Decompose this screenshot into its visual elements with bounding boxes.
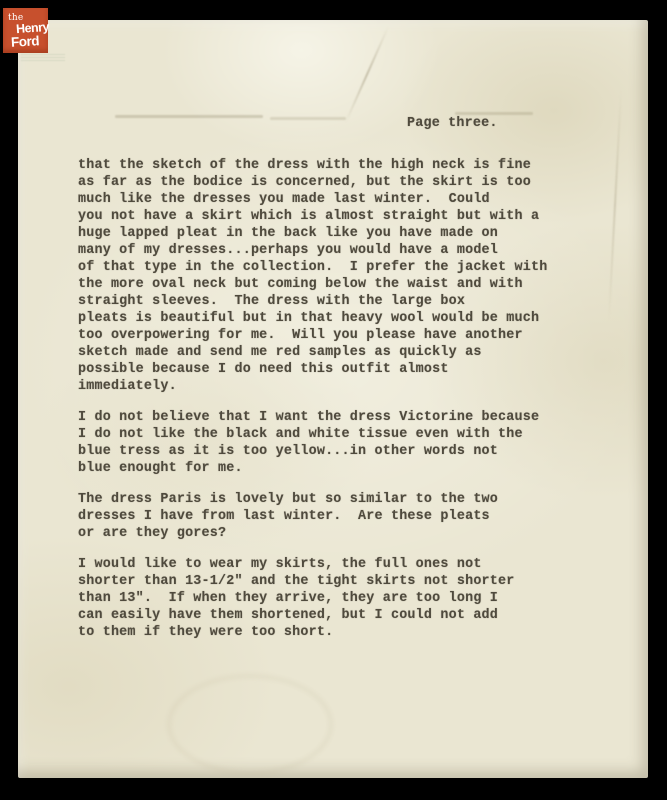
letter-paragraph: I do not believe that I want the dress V… bbox=[78, 409, 586, 477]
paper-crease bbox=[345, 26, 390, 123]
letter-paragraph: The dress Paris is lovely but so similar… bbox=[78, 491, 586, 542]
erased-text-smudge bbox=[270, 117, 346, 120]
page-number-label: Page three. bbox=[407, 115, 498, 132]
letter-paragraph: that the sketch of the dress with the hi… bbox=[78, 157, 586, 395]
paper-stain bbox=[168, 675, 332, 774]
logo-word-ford: Ford bbox=[11, 33, 40, 49]
letter-paragraph: I would like to wear my skirts, the full… bbox=[78, 556, 586, 641]
faint-collection-watermark bbox=[21, 54, 65, 61]
erased-text-smudge bbox=[115, 115, 263, 118]
scan-background: Page three. that the sketch of the dress… bbox=[0, 0, 667, 800]
letter-body: that the sketch of the dress with the hi… bbox=[78, 157, 586, 655]
paper-crease bbox=[608, 90, 622, 320]
henry-ford-museum-logo: the Henry Ford bbox=[3, 8, 48, 53]
letter-page: Page three. that the sketch of the dress… bbox=[18, 20, 648, 778]
